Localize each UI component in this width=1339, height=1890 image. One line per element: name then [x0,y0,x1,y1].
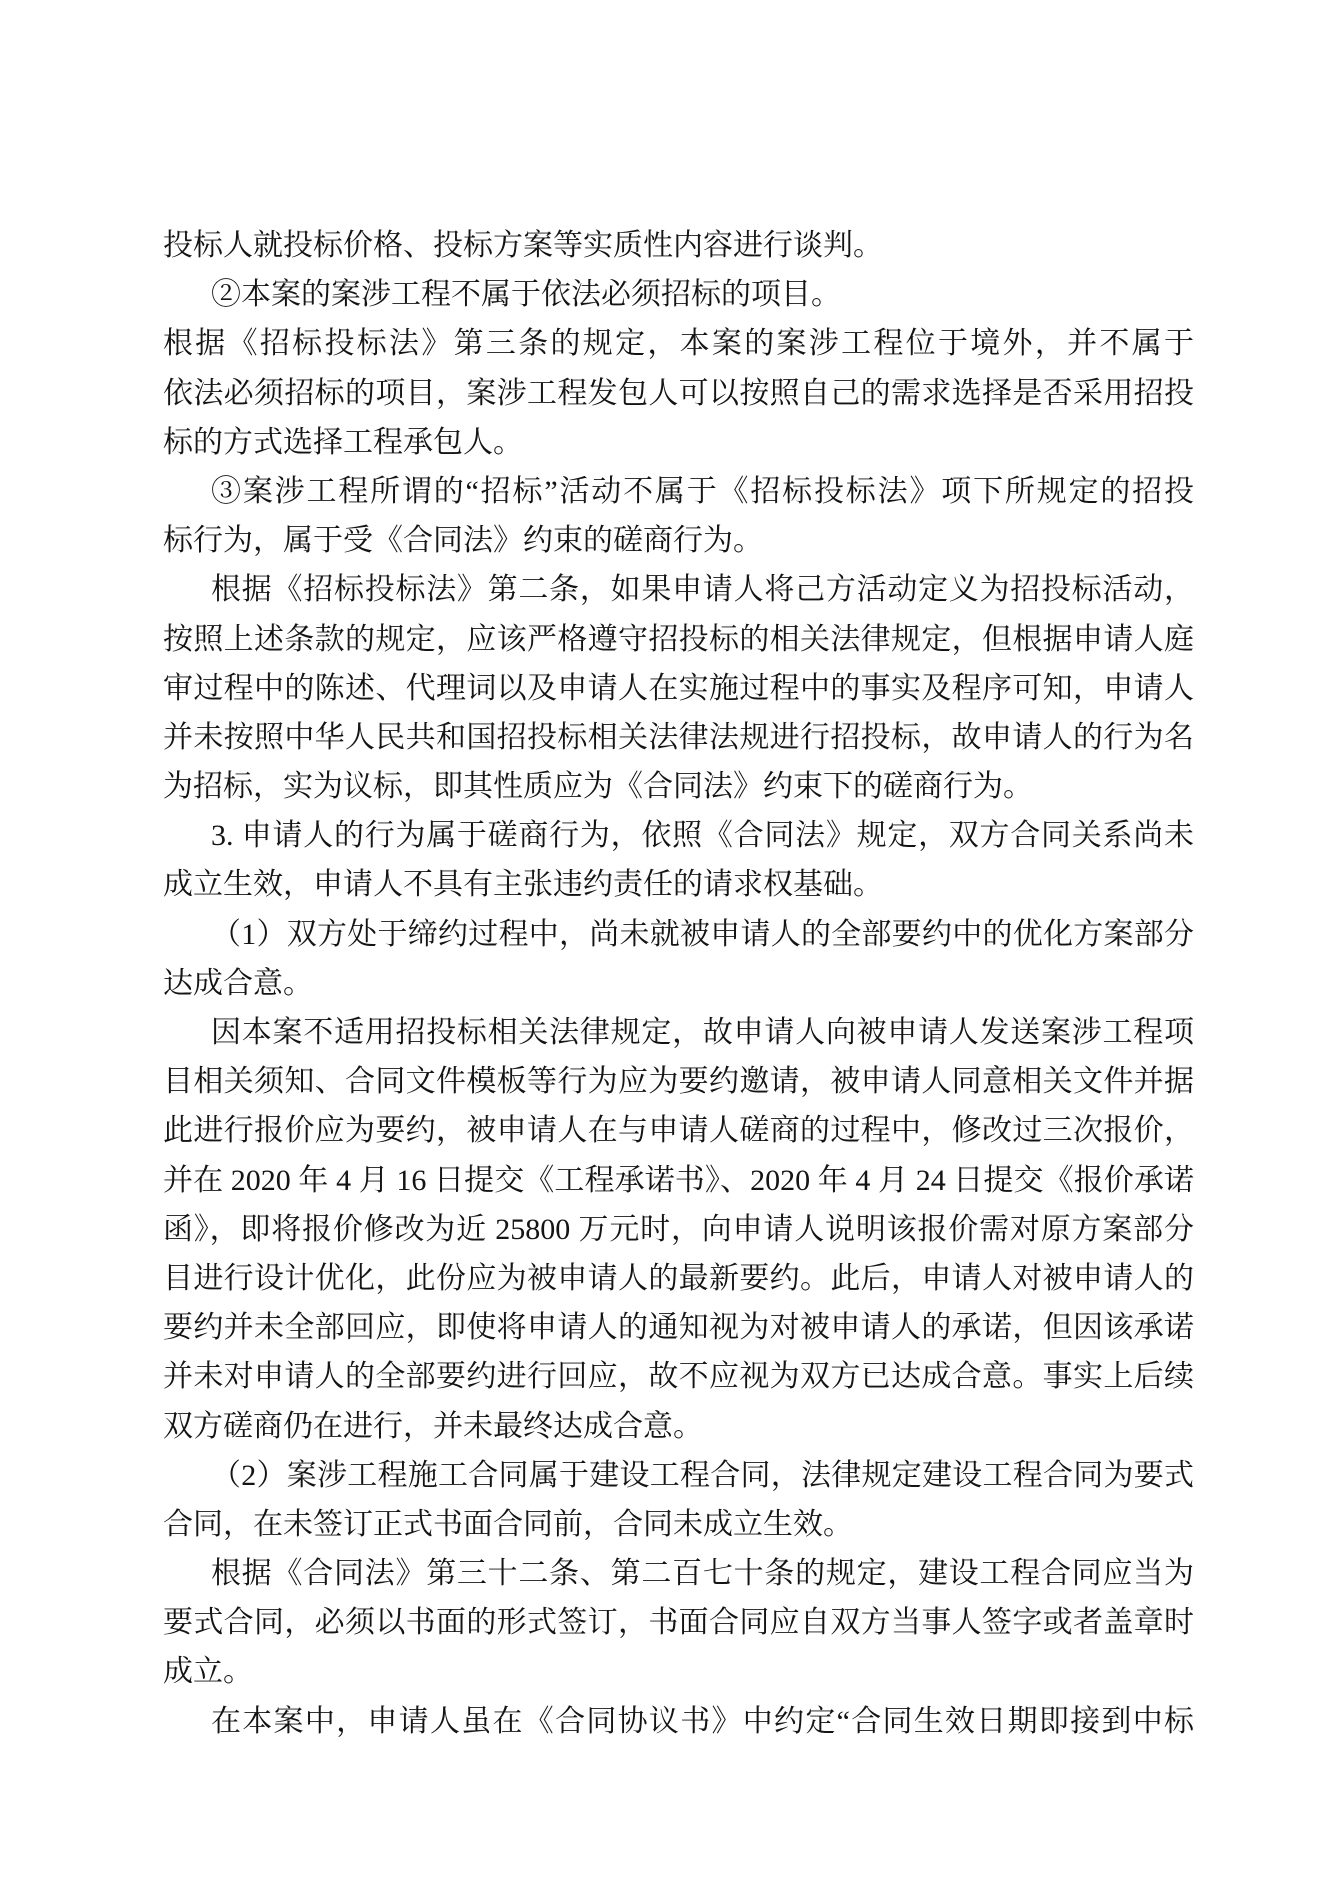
text-line: 因本案不适用招投标相关法律规定，故申请人向被申请人发送案涉工程项 [163,1008,1194,1057]
text-line: 3. 申请人的行为属于磋商行为，依照《合同法》规定，双方合同关系尚未 [163,811,1194,860]
text-line: 双方磋商仍在进行，并未最终达成合意。 [163,1402,1194,1451]
text-line: 并未按照中华人民共和国招投标相关法律法规进行招投标，故申请人的行为名 [163,713,1194,762]
text-line: 为招标，实为议标，即其性质应为《合同法》约束下的磋商行为。 [163,762,1194,811]
text-line: 按照上述条款的规定，应该严格遵守招投标的相关法律规定，但根据申请人庭 [163,615,1194,664]
document-text-block: 投标人就投标价格、投标方案等实质性内容进行谈判。 ②本案的案涉工程不属于依法必须… [163,221,1194,1746]
text-line: 标的方式选择工程承包人。 [163,418,1194,467]
text-line: 根据《招标投标法》第二条，如果申请人将己方活动定义为招投标活动， [163,565,1194,614]
text-line: 依法必须招标的项目，案涉工程发包人可以按照自己的需求选择是否采用招投 [163,369,1194,418]
text-line: 并在 2020 年 4 月 16 日提交《工程承诺书》、2020 年 4 月 2… [163,1156,1194,1205]
text-line: 合同，在未签订正式书面合同前，合同未成立生效。 [163,1500,1194,1549]
text-line: 成立。 [163,1647,1194,1696]
text-line: 根据《合同法》第三十二条、第二百七十条的规定，建设工程合同应当为 [163,1549,1194,1598]
text-line: 投标人就投标价格、投标方案等实质性内容进行谈判。 [163,221,1194,270]
text-line: ②本案的案涉工程不属于依法必须招标的项目。 [163,270,1194,319]
text-line: 目相关须知、合同文件模板等行为应为要约邀请，被申请人同意相关文件并据 [163,1057,1194,1106]
document-page: 投标人就投标价格、投标方案等实质性内容进行谈判。 ②本案的案涉工程不属于依法必须… [0,0,1339,1890]
text-line: 根据《招标投标法》第三条的规定，本案的案涉工程位于境外，并不属于 [163,319,1194,368]
text-line: 标行为，属于受《合同法》约束的磋商行为。 [163,516,1194,565]
text-line: 目进行设计优化，此份应为被申请人的最新要约。此后，申请人对被申请人的 [163,1254,1194,1303]
text-line: 要约并未全部回应，即使将申请人的通知视为对被申请人的承诺，但因该承诺 [163,1303,1194,1352]
text-line: 达成合意。 [163,959,1194,1008]
text-line: 函》，即将报价修改为近 25800 万元时，向申请人说明该报价需对原方案部分项 [163,1205,1194,1254]
text-line: ③案涉工程所谓的“招标”活动不属于《招标投标法》项下所规定的招投 [163,467,1194,516]
text-line: （1）双方处于缔约过程中，尚未就被申请人的全部要约中的优化方案部分 [163,910,1194,959]
text-line: 审过程中的陈述、代理词以及申请人在实施过程中的事实及程序可知，申请人 [163,664,1194,713]
text-line: 并未对申请人的全部要约进行回应，故不应视为双方已达成合意。事实上后续 [163,1352,1194,1401]
text-line: 成立生效，申请人不具有主张违约责任的请求权基础。 [163,860,1194,909]
text-line: 此进行报价应为要约，被申请人在与申请人磋商的过程中，修改过三次报价， [163,1106,1194,1155]
text-line: 在本案中，申请人虽在《合同协议书》中约定“合同生效日期即接到中标 [163,1697,1194,1746]
text-line: （2）案涉工程施工合同属于建设工程合同，法律规定建设工程合同为要式 [163,1451,1194,1500]
text-line: 要式合同，必须以书面的形式签订，书面合同应自双方当事人签字或者盖章时 [163,1598,1194,1647]
